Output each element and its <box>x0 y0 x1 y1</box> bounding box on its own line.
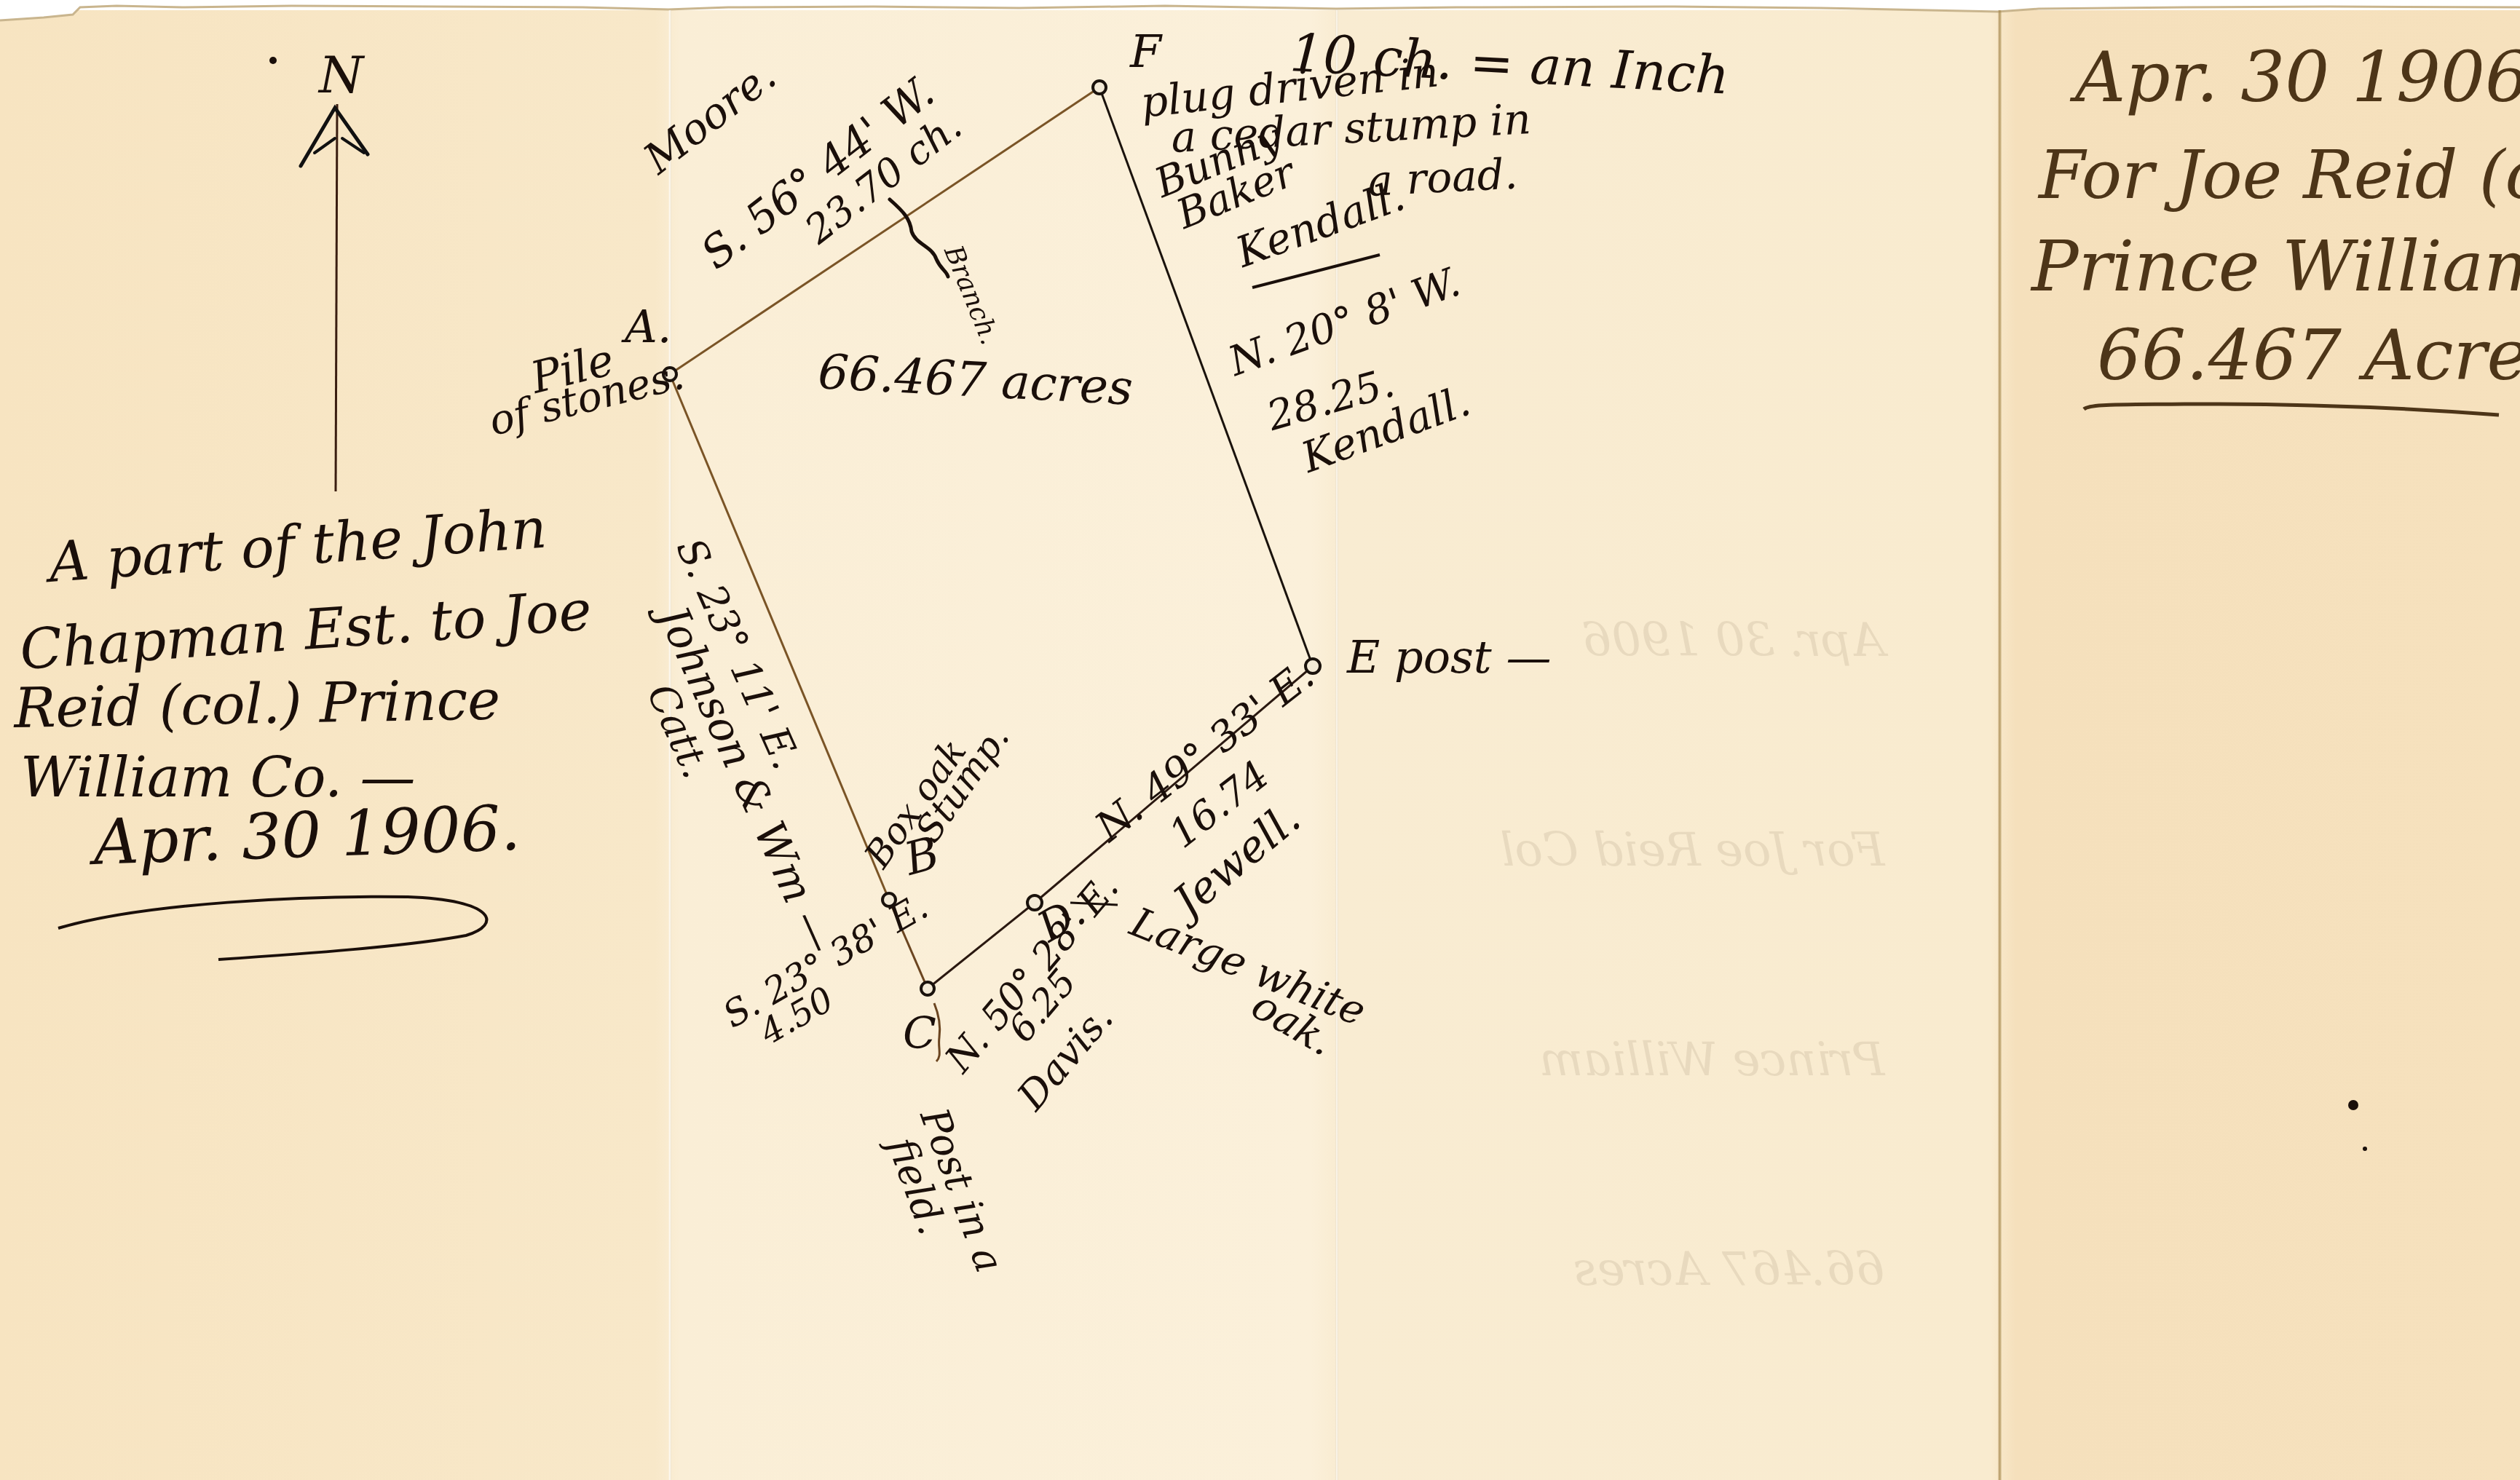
ink-blot <box>2348 1100 2358 1110</box>
title-flourish <box>58 897 486 959</box>
corner-c-marker <box>921 982 934 995</box>
ink-speck <box>2363 1147 2367 1151</box>
north-label: N <box>319 50 363 100</box>
title-line-3: Reid (col.) Prince <box>14 672 501 736</box>
corner-a-label: A. <box>625 304 671 349</box>
corner-e-label: E post — <box>1347 635 1551 680</box>
side-label-for: For Joe Reid (col.) <box>2039 142 2520 209</box>
corner-f-marker <box>1093 81 1106 94</box>
corner-f-label: F <box>1130 29 1161 74</box>
north-arrow-icon <box>301 104 368 491</box>
side-label-acres: 66.467 Acres <box>2097 320 2520 390</box>
side-label-county: Prince William <box>2031 232 2520 301</box>
side-label-underline <box>2084 404 2499 415</box>
ink-speck <box>269 57 277 64</box>
side-label-date: Apr. 30 1906 <box>2075 42 2520 112</box>
branch-creek-icon <box>890 199 948 277</box>
corner-c-label: C <box>903 1012 936 1056</box>
title-date: Apr. 30 1906. <box>92 797 521 874</box>
